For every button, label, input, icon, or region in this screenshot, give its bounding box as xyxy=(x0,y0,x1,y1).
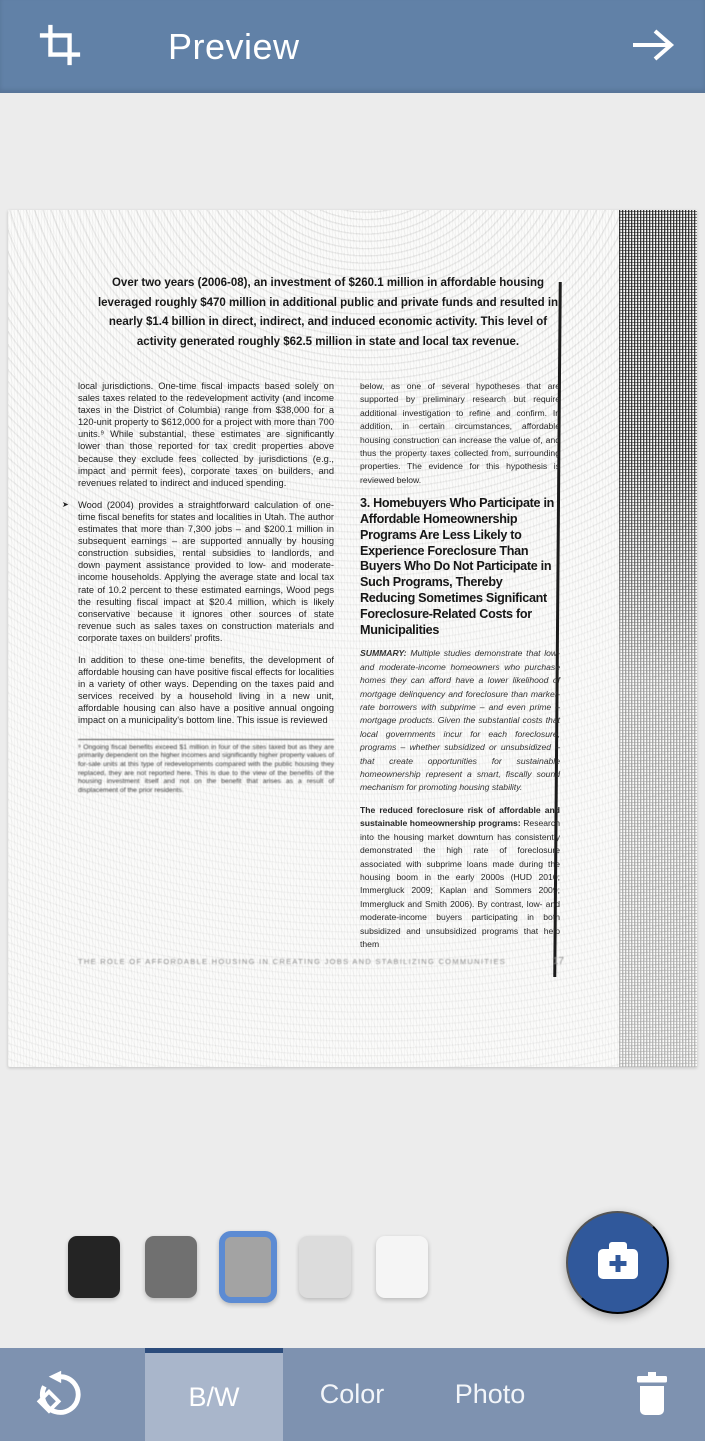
doc-footer-text: THE ROLE OF AFFORDABLE HOUSING IN CREATI… xyxy=(78,957,506,966)
bottom-toolbar: B/W Color Photo xyxy=(0,1348,705,1441)
camera-plus-icon xyxy=(593,1238,643,1287)
doc-right-column: below, as one of several hypotheses that… xyxy=(360,380,560,960)
doc-section-heading: 3. Homebuyers Who Participate in Afforda… xyxy=(360,496,560,638)
next-button[interactable] xyxy=(625,18,681,74)
swatch-contrast-light[interactable] xyxy=(299,1236,351,1298)
doc-paragraph: The reduced foreclosure risk of affordab… xyxy=(360,804,560,951)
doc-bullet-paragraph: ➤Wood (2004) provides a straightforward … xyxy=(78,499,334,644)
crop-button[interactable] xyxy=(32,18,88,74)
top-app-bar: Preview xyxy=(0,0,705,93)
tab-bw-label: B/W xyxy=(189,1382,240,1413)
rotate-button[interactable] xyxy=(30,1366,88,1424)
rotate-left-icon xyxy=(33,1368,85,1423)
trash-icon xyxy=(628,1368,676,1423)
swatch-contrast-lightest[interactable] xyxy=(376,1236,428,1298)
doc-footer: THE ROLE OF AFFORDABLE HOUSING IN CREATI… xyxy=(78,956,564,967)
doc-footnote: ⁹ Ongoing fiscal benefits exceed $1 mill… xyxy=(78,739,334,796)
doc-paragraph: Wood (2004) provides a straightforward c… xyxy=(78,500,334,643)
summary-label: SUMMARY: xyxy=(360,648,407,658)
doc-summary-paragraph: SUMMARY: Multiple studies demonstrate th… xyxy=(360,647,560,794)
arrow-right-icon xyxy=(629,23,677,70)
delete-button[interactable] xyxy=(623,1366,681,1424)
page-title: Preview xyxy=(168,0,300,93)
summary-text: Multiple studies demonstrate that low- a… xyxy=(360,648,560,792)
swatch-contrast-dark[interactable] xyxy=(145,1236,197,1298)
tab-color-label: Color xyxy=(320,1379,385,1410)
doc-paragraph: In addition to these one-time benefits, … xyxy=(78,654,334,727)
crop-icon xyxy=(37,22,83,71)
doc-left-column: local jurisdictions. One-time fiscal imp… xyxy=(78,380,334,796)
swatch-contrast-darkest[interactable] xyxy=(68,1236,120,1298)
tab-photo-label: Photo xyxy=(455,1379,526,1410)
contrast-swatch-row xyxy=(68,1236,453,1298)
swatch-contrast-medium-selected[interactable] xyxy=(219,1231,277,1303)
scan-dark-edge xyxy=(619,210,697,1067)
paragraph-text: Research into the housing market downtur… xyxy=(360,818,560,949)
doc-paragraph: below, as one of several hypotheses that… xyxy=(360,380,560,487)
add-page-camera-button[interactable] xyxy=(566,1211,669,1314)
doc-paragraph: local jurisdictions. One-time fiscal imp… xyxy=(78,380,334,489)
scanned-page-preview: Over two years (2006-08), an investment … xyxy=(8,210,697,1067)
tab-bw[interactable]: B/W xyxy=(145,1348,283,1441)
preview-screen: Preview Over two years (2006-08), an inv… xyxy=(0,0,705,1441)
doc-page-number: 17 xyxy=(553,956,564,967)
bullet-arrow-icon: ➤ xyxy=(62,499,69,511)
doc-intro-paragraph: Over two years (2006-08), an investment … xyxy=(94,274,562,352)
tab-photo[interactable]: Photo xyxy=(421,1348,559,1441)
tab-color[interactable]: Color xyxy=(283,1348,421,1441)
